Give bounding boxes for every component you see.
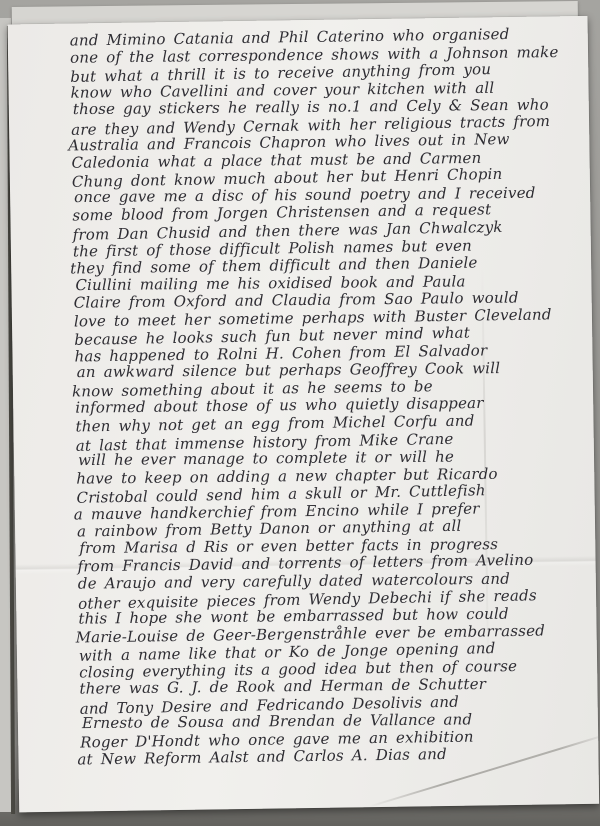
photo-background: and Mimino Catania and Phil Caterino who… <box>0 0 600 826</box>
handwritten-text: and Mimino Catania and Phil Caterino who… <box>8 16 599 770</box>
letter-page: and Mimino Catania and Phil Caterino who… <box>8 16 600 813</box>
